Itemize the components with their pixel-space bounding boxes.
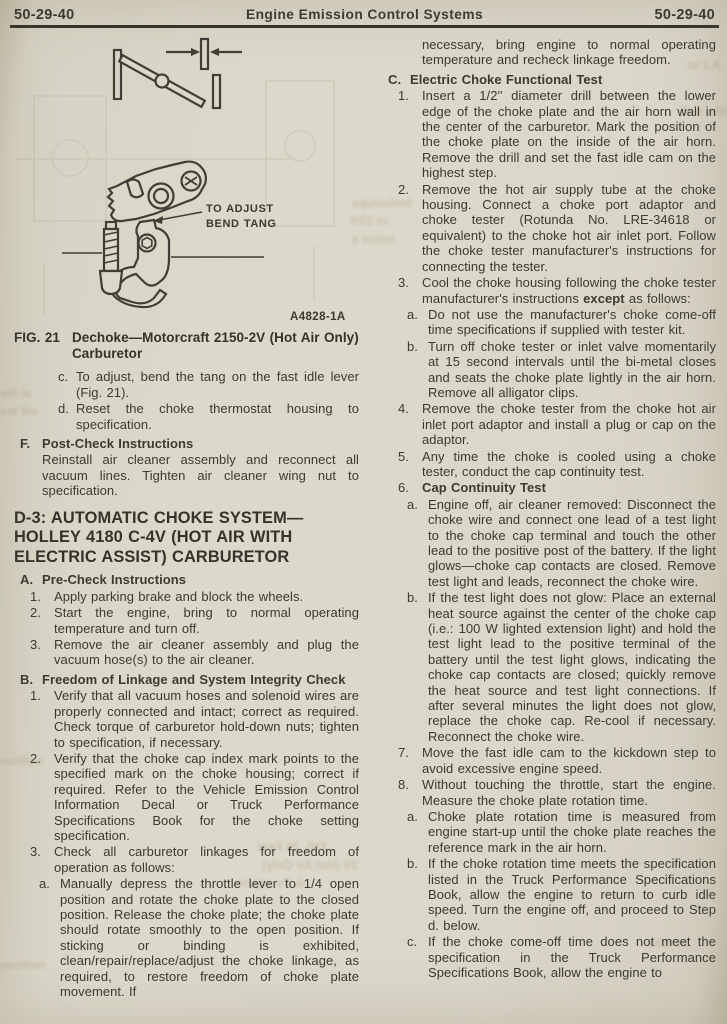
lettered-step: b.Turn off choke tester or inlet valve m… — [382, 339, 716, 401]
emphasized-text: except — [583, 291, 625, 306]
item-label: c. — [58, 369, 68, 384]
item-label: a. — [407, 809, 418, 824]
item-label: 1. — [398, 88, 409, 103]
section-heading: B.Freedom of Linkage and System Integrit… — [14, 672, 359, 687]
figure-label-line1: TO ADJUST — [206, 203, 274, 215]
item-label: C. — [388, 72, 401, 87]
lettered-step: a.Choke plate rotation time is measured … — [382, 809, 716, 855]
paragraph: Reinstall air cleaner assembly and recon… — [14, 452, 359, 498]
item-text: Insert a 1/2'' diameter drill between th… — [422, 88, 716, 180]
numbered-step: 2.Remove the hot air supply tube at the … — [382, 182, 716, 274]
lettered-step: a.Do not use the manufacturer's choke co… — [382, 307, 716, 338]
lettered-step: c.To adjust, bend the tang on the fast i… — [14, 369, 359, 400]
item-text: Verify that the choke cap index mark poi… — [54, 751, 359, 843]
figure-label-line2: BEND TANG — [206, 218, 277, 230]
numbered-step: 1.Verify that all vacuum hoses and solen… — [14, 688, 359, 750]
item-text: Check all carburetor linkages for freedo… — [54, 844, 359, 874]
item-text: To adjust, bend the tang on the fast idl… — [76, 369, 359, 399]
item-label: 1. — [30, 589, 41, 604]
dimension-arrowheads — [191, 48, 219, 56]
figure-21: TO ADJUST BEND TANG A4828-1A — [14, 36, 359, 328]
continuation-paragraph: necessary, bring engine to normal operat… — [382, 37, 716, 68]
lettered-step: a.Engine off, air cleaner removed: Disco… — [382, 497, 716, 589]
item-text: as follows: — [625, 291, 691, 306]
numbered-step: 3.Check all carburetor linkages for free… — [14, 844, 359, 875]
item-label: 7. — [398, 745, 409, 760]
header-left-code: 50-29-40 — [14, 7, 74, 23]
item-text: Verify that all vacuum hoses and solenoi… — [54, 688, 359, 749]
item-label: b. — [407, 590, 418, 605]
item-text: Choke plate rotation time is measured fr… — [428, 809, 716, 855]
header-right-code: 50-29-40 — [655, 7, 715, 23]
item-text: Remove the choke tester from the choke h… — [422, 401, 716, 447]
air-horn-wall-left — [114, 50, 121, 99]
item-label: 1. — [30, 688, 41, 703]
air-horn-wall-upper-right — [201, 39, 208, 69]
manual-page: 50-29-40 Engine Emission Control Systems… — [0, 0, 727, 1024]
lettered-step: b.If the choke rotation time meets the s… — [382, 856, 716, 933]
column-right: necessary, bring engine to normal operat… — [382, 36, 716, 980]
item-label: A. — [20, 572, 33, 587]
item-label: a. — [407, 307, 418, 322]
leader-arrow — [159, 212, 202, 220]
item-text: If the test light does not glow: Place a… — [428, 590, 716, 744]
numbered-step: 3.Remove the air cleaner assembly and pl… — [14, 637, 359, 668]
lettered-step: a.Manually depress the throttle lever to… — [14, 876, 359, 999]
item-text: Pre-Check Instructions — [42, 572, 186, 587]
item-label: B. — [20, 672, 33, 687]
item-label: 2. — [30, 605, 41, 620]
item-label: 4. — [398, 401, 409, 416]
item-label: a. — [39, 876, 50, 891]
numbered-step: 1.Insert a 1/2'' diameter drill between … — [382, 88, 716, 180]
item-label: d. — [58, 401, 69, 416]
item-text: If the choke rotation time meets the spe… — [428, 856, 716, 933]
item-text: Reinstall air cleaner assembly and recon… — [42, 452, 359, 498]
item-label: a. — [407, 497, 418, 512]
item-label: 6. — [398, 480, 409, 495]
item-text: Reset the choke thermostat housing to sp… — [76, 401, 359, 431]
air-horn-wall-lower-right — [213, 75, 220, 108]
adjust-screw-shape — [100, 222, 122, 294]
item-text: If the choke come-off time does not meet… — [428, 934, 716, 980]
item-text: Remove the hot air supply tube at the ch… — [422, 182, 716, 274]
lever-hub — [149, 184, 174, 209]
section-heading: F.Post-Check Instructions — [14, 436, 359, 451]
item-text: Apply parking brake and block the wheels… — [54, 589, 303, 604]
item-label: c. — [407, 934, 417, 949]
item-text: Turn off choke tester or inlet valve mom… — [428, 339, 716, 400]
item-text: Post-Check Instructions — [42, 436, 193, 451]
item-label: 2. — [398, 182, 409, 197]
lettered-step: d.Reset the choke thermostat housing to … — [14, 401, 359, 432]
choke-plate-schematic — [114, 39, 242, 109]
item-text: Manually depress the throttle lever to 1… — [60, 876, 359, 999]
figure-caption-text: Dechoke—Motorcraft 2150-2V (Hot Air Only… — [72, 330, 359, 361]
item-label: 8. — [398, 777, 409, 792]
item-text: Any time the choke is cooled using a cho… — [422, 449, 716, 479]
figure-code: A4828-1A — [290, 311, 346, 323]
subsection-heading: D-3: AUTOMATIC CHOKE SYSTEM—HOLLEY 4180 … — [14, 509, 359, 568]
item-text: necessary, bring engine to normal operat… — [422, 37, 716, 67]
page-title: Engine Emission Control Systems — [246, 7, 483, 22]
section-heading: A.Pre-Check Instructions — [14, 572, 359, 587]
numbered-step: 6.Cap Continuity Test — [382, 480, 716, 495]
fast-idle-lever-shape — [62, 162, 264, 308]
item-label: 2. — [30, 751, 41, 766]
item-text: D-3: AUTOMATIC CHOKE SYSTEM—HOLLEY 4180 … — [14, 509, 303, 566]
item-label: 5. — [398, 449, 409, 464]
numbered-step: 1.Apply parking brake and block the whee… — [14, 589, 359, 604]
numbered-step: 4.Remove the choke tester from the choke… — [382, 401, 716, 447]
numbered-step: 2.Verify that the choke cap index mark p… — [14, 751, 359, 843]
item-text: Cap Continuity Test — [422, 480, 546, 495]
item-text: Engine off, air cleaner removed: Disconn… — [428, 497, 716, 589]
item-text: Move the fast idle cam to the kickdown s… — [422, 745, 716, 775]
item-text: Electric Choke Functional Test — [410, 72, 602, 87]
item-text: Cool the choke housing following the cho… — [422, 275, 716, 305]
item-text: Do not use the manufacturer's choke come… — [428, 307, 716, 337]
lettered-step: c.If the choke come-off time does not me… — [382, 934, 716, 980]
item-text: Start the engine, bring to normal operat… — [54, 605, 359, 635]
lettered-step: b.If the test light does not glow: Place… — [382, 590, 716, 744]
choke-plate-shape — [118, 53, 207, 110]
item-label: F. — [20, 436, 30, 451]
column-left: TO ADJUST BEND TANG A4828-1A FIG. 21 Dec… — [14, 36, 359, 999]
numbered-step: 8.Without touching the throttle, start t… — [382, 777, 716, 808]
figure-caption: FIG. 21 Dechoke—Motorcraft 2150-2V (Hot … — [14, 330, 359, 362]
figure-caption-label: FIG. 21 — [14, 330, 60, 346]
numbered-step: 3.Cool the choke housing following the c… — [382, 275, 716, 306]
item-label: b. — [407, 856, 418, 871]
item-text: Without touching the throttle, start the… — [422, 777, 716, 807]
item-label: 3. — [30, 637, 41, 652]
left-column-text: c.To adjust, bend the tang on the fast i… — [14, 369, 359, 999]
item-label: 3. — [398, 275, 409, 290]
figure-diagram: TO ADJUST BEND TANG A4828-1A — [14, 36, 359, 328]
page-header: 50-29-40 Engine Emission Control Systems… — [14, 7, 715, 23]
section-heading: C.Electric Choke Functional Test — [382, 72, 716, 87]
numbered-step: 2.Start the engine, bring to normal oper… — [14, 605, 359, 636]
right-column-text: necessary, bring engine to normal operat… — [382, 37, 716, 980]
numbered-step: 7.Move the fast idle cam to the kickdown… — [382, 745, 716, 776]
item-label: b. — [407, 339, 418, 354]
numbered-step: 5.Any time the choke is cooled using a c… — [382, 449, 716, 480]
item-text: Remove the air cleaner assembly and plug… — [54, 637, 359, 667]
item-label: 3. — [30, 844, 41, 859]
item-text: Freedom of Linkage and System Integrity … — [42, 672, 345, 687]
header-rule — [10, 25, 719, 28]
